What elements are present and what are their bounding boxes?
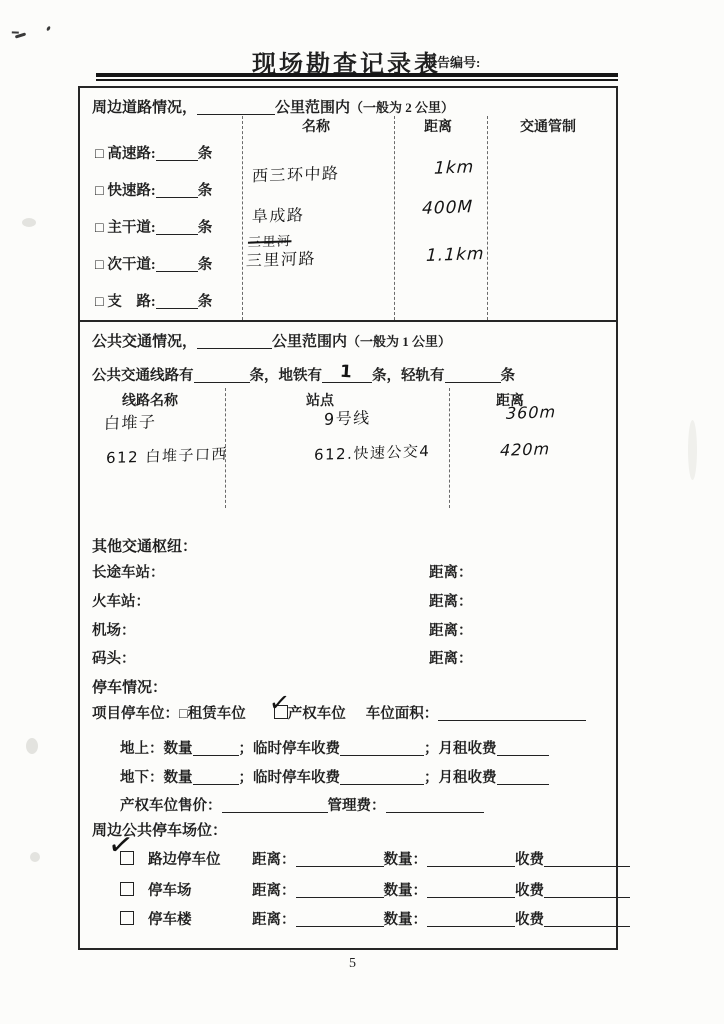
- hub-label: 机场：: [92, 623, 136, 639]
- section-divider: [80, 320, 616, 322]
- roads-divider-1: [242, 116, 243, 320]
- space-area-label: 车位面积：: [366, 706, 439, 722]
- parking-below-row: 地下：数量；临时停车收费；月租收费: [120, 766, 549, 787]
- handwritten-road-name-2: 阜成路: [252, 202, 305, 227]
- bus-lines-label: 公共交通线路有: [92, 368, 194, 384]
- bus-count-blank: [194, 368, 250, 383]
- distance-blank: [296, 912, 384, 927]
- transit-counts-line: 公共交通线路有条，地铁有1条，轻轨有条: [92, 364, 515, 385]
- hub-label: 码头：: [92, 651, 136, 667]
- hub-distance-label: 距离：: [429, 647, 473, 668]
- scan-smudge: [688, 420, 697, 480]
- fee-blank: [544, 912, 630, 927]
- count-blank: [156, 220, 198, 235]
- fee-blank: [544, 883, 630, 898]
- monthly-fee-blank: [497, 770, 549, 785]
- unit-label: 条: [198, 294, 213, 310]
- handwritten-line-2: 612 白堆子口西: [106, 443, 229, 468]
- quantity-blank: [193, 741, 239, 756]
- handwritten-check-mark: ✓: [106, 829, 136, 863]
- unit-label: 条: [198, 146, 213, 162]
- report-number-label: 报告编号:: [424, 52, 480, 71]
- hub-row-bus-station: 长途车站：距离：: [92, 561, 592, 582]
- fee-label: 收费: [515, 852, 544, 868]
- roads-section-heading: 周边道路情况，公里范围内（一般为 2 公里）: [92, 96, 454, 117]
- monthly-fee-blank: [497, 741, 549, 756]
- lightrail-label: 条，轻轨有: [372, 368, 445, 384]
- quantity-blank: [427, 883, 515, 898]
- lightrail-count-blank: [445, 368, 501, 383]
- handwritten-check-mark: ✓: [268, 689, 291, 716]
- pen-dot-mark: [46, 26, 51, 32]
- quantity-blank: [427, 852, 515, 867]
- distance-blank: [296, 883, 384, 898]
- separator: ；: [239, 741, 254, 757]
- hub-label: 长途车站：: [92, 565, 165, 581]
- handwritten-metro-count: 1: [339, 362, 352, 383]
- parking-garage-checkbox: [120, 911, 134, 925]
- temp-fee-label: 临时停车收费: [253, 741, 340, 757]
- handwritten-distance-1: 1km: [434, 157, 475, 178]
- handwritten-line-1: 白堆子: [104, 409, 157, 434]
- temp-fee-blank: [340, 770, 424, 785]
- quantity-label: 数量：: [384, 883, 428, 899]
- road-type-label: □ 主干道:: [95, 220, 156, 236]
- roads-heading-mid: 公里范围内: [275, 100, 350, 116]
- handwritten-station-2: 612.快速公交4: [314, 440, 431, 465]
- distance-label: 距离：: [252, 912, 296, 928]
- handwritten-distance-2: 400M: [422, 197, 474, 219]
- count-blank: [156, 146, 198, 161]
- transit-divider-2: [449, 388, 450, 508]
- unit-label: 条: [198, 183, 213, 199]
- roads-heading-text: 周边道路情况，: [92, 100, 197, 116]
- handwritten-road-name-1: 西三环中路: [252, 160, 340, 186]
- hub-row-train-station: 火车站：距离：: [92, 590, 592, 611]
- quantity-label: 数量：: [384, 912, 428, 928]
- page-number: 5: [349, 956, 356, 972]
- handwritten-road-name-3: 三里河路: [246, 246, 317, 271]
- transit-heading-note: （一般为 1 公里）: [347, 334, 451, 349]
- above-ground-label: 地上：: [120, 741, 164, 757]
- below-ground-label: 地下：: [120, 770, 164, 786]
- distance-blank: [296, 852, 384, 867]
- hub-distance-label: 距离：: [429, 561, 473, 582]
- owned-space-option: 产权车位: [288, 706, 346, 722]
- quantity-blank: [427, 912, 515, 927]
- metro-count-blank: 1: [322, 368, 372, 383]
- road-type-branch: □ 支 路:条: [95, 290, 212, 311]
- road-type-label: □ 高速路:: [95, 146, 156, 162]
- handwritten-distance-3: 1.1km: [426, 244, 485, 266]
- roads-divider-2: [394, 116, 395, 320]
- roads-col-distance: 距离: [424, 116, 452, 136]
- form-outer-box: 周边道路情况，公里范围内（一般为 2 公里） 名称 距离 交通管制 □ 高速路:…: [78, 86, 618, 950]
- parking-garage-label: 停车楼: [148, 908, 252, 929]
- road-type-arterial: □ 主干道:条: [95, 216, 212, 237]
- management-fee-label: 管理费：: [328, 798, 386, 814]
- parking-lot-checkbox: [120, 882, 134, 896]
- roadside-label: 路边停车位: [148, 848, 252, 869]
- transit-range-blank: [197, 334, 272, 349]
- area-blank: [438, 706, 586, 721]
- fee-label: 收费: [515, 883, 544, 899]
- roads-col-control: 交通管制: [520, 116, 576, 136]
- monthly-fee-label: 月租收费: [439, 741, 497, 757]
- public-parking-row-garage: 停车楼距离：数量：收费: [120, 908, 630, 929]
- scan-smudge: [22, 218, 36, 227]
- hub-row-dock: 码头：距离：: [92, 647, 592, 668]
- transit-col-line: 线路名称: [122, 390, 178, 410]
- sale-price-label: 产权车位售价：: [120, 798, 222, 814]
- temp-fee-blank: [340, 741, 424, 756]
- unit-label: 条: [198, 257, 213, 273]
- road-type-label: □ 快速路:: [95, 183, 156, 199]
- transit-heading-text: 公共交通情况，: [92, 334, 197, 350]
- public-parking-row-roadside: ✓路边停车位距离：数量：收费: [120, 848, 630, 869]
- transit-section-heading: 公共交通情况，公里范围内（一般为 1 公里）: [92, 330, 451, 351]
- road-type-expressway: □ 高速路:条: [95, 142, 212, 163]
- road-type-fast-road: □ 快速路:条: [95, 179, 212, 200]
- parking-price-row: 产权车位售价：管理费：: [120, 794, 484, 815]
- handwritten-transit-distance-2: 420m: [500, 439, 551, 460]
- public-parking-row-lot: 停车场距离：数量：收费: [120, 879, 630, 900]
- management-fee-blank: [386, 798, 484, 813]
- quantity-label: 数量：: [384, 852, 428, 868]
- parking-above-row: 地上：数量；临时停车收费；月租收费: [120, 737, 549, 758]
- road-type-label: □ 支 路:: [95, 294, 156, 310]
- roads-range-blank: [197, 100, 275, 115]
- distance-label: 距离：: [252, 852, 296, 868]
- sale-price-blank: [222, 798, 328, 813]
- quantity-label: 数量: [164, 741, 193, 757]
- scanned-form-page: 现场勘查记录表 报告编号: 周边道路情况，公里范围内（一般为 2 公里） 名称 …: [0, 0, 724, 1024]
- owned-space-checkbox: ✓: [274, 705, 288, 723]
- count-blank: [156, 183, 198, 198]
- parking-project-row: 项目停车位：□租赁车位✓产权车位车位面积：: [92, 702, 586, 723]
- roadside-checkbox: ✓: [120, 851, 134, 869]
- unit-label: 条: [198, 220, 213, 236]
- quantity-blank: [193, 770, 239, 785]
- hub-distance-label: 距离：: [429, 619, 473, 640]
- scan-smudge: [26, 738, 38, 754]
- project-parking-label: 项目停车位：: [92, 706, 179, 722]
- roads-heading-note: （一般为 2 公里）: [350, 100, 454, 115]
- distance-label: 距离：: [252, 883, 296, 899]
- roads-col-name: 名称: [302, 116, 330, 136]
- hub-label: 火车站：: [92, 594, 150, 610]
- count-blank: [156, 294, 198, 309]
- separator: ；: [424, 770, 439, 786]
- monthly-fee-label: 月租收费: [439, 770, 497, 786]
- road-type-label: □ 次干道:: [95, 257, 156, 273]
- parking-lot-label: 停车场: [148, 879, 252, 900]
- separator: ；: [424, 741, 439, 757]
- temp-fee-label: 临时停车收费: [253, 770, 340, 786]
- hubs-heading: 其他交通枢纽：: [92, 535, 197, 556]
- parking-heading: 停车情况：: [92, 676, 167, 697]
- handwritten-station-1: 9号线: [324, 405, 371, 430]
- road-type-secondary: □ 次干道:条: [95, 253, 212, 274]
- hub-row-airport: 机场：距离：: [92, 619, 592, 640]
- hub-distance-label: 距离：: [429, 590, 473, 611]
- scan-smudge: [30, 852, 40, 862]
- fee-label: 收费: [515, 912, 544, 928]
- unit-label: 条: [501, 368, 516, 384]
- metro-label: 条，地铁有: [250, 368, 323, 384]
- count-blank: [156, 257, 198, 272]
- quantity-label: 数量: [164, 770, 193, 786]
- transit-heading-mid: 公里范围内: [272, 334, 347, 350]
- title-rule-thin: [96, 79, 618, 81]
- fee-blank: [544, 852, 630, 867]
- roads-divider-3: [487, 116, 488, 320]
- separator: ；: [239, 770, 254, 786]
- rental-space-option: □租赁车位: [179, 706, 246, 722]
- pen-scribble-mark: [15, 32, 26, 38]
- handwritten-transit-distance-1: 360m: [506, 402, 557, 423]
- title-rule-thick: [96, 73, 618, 77]
